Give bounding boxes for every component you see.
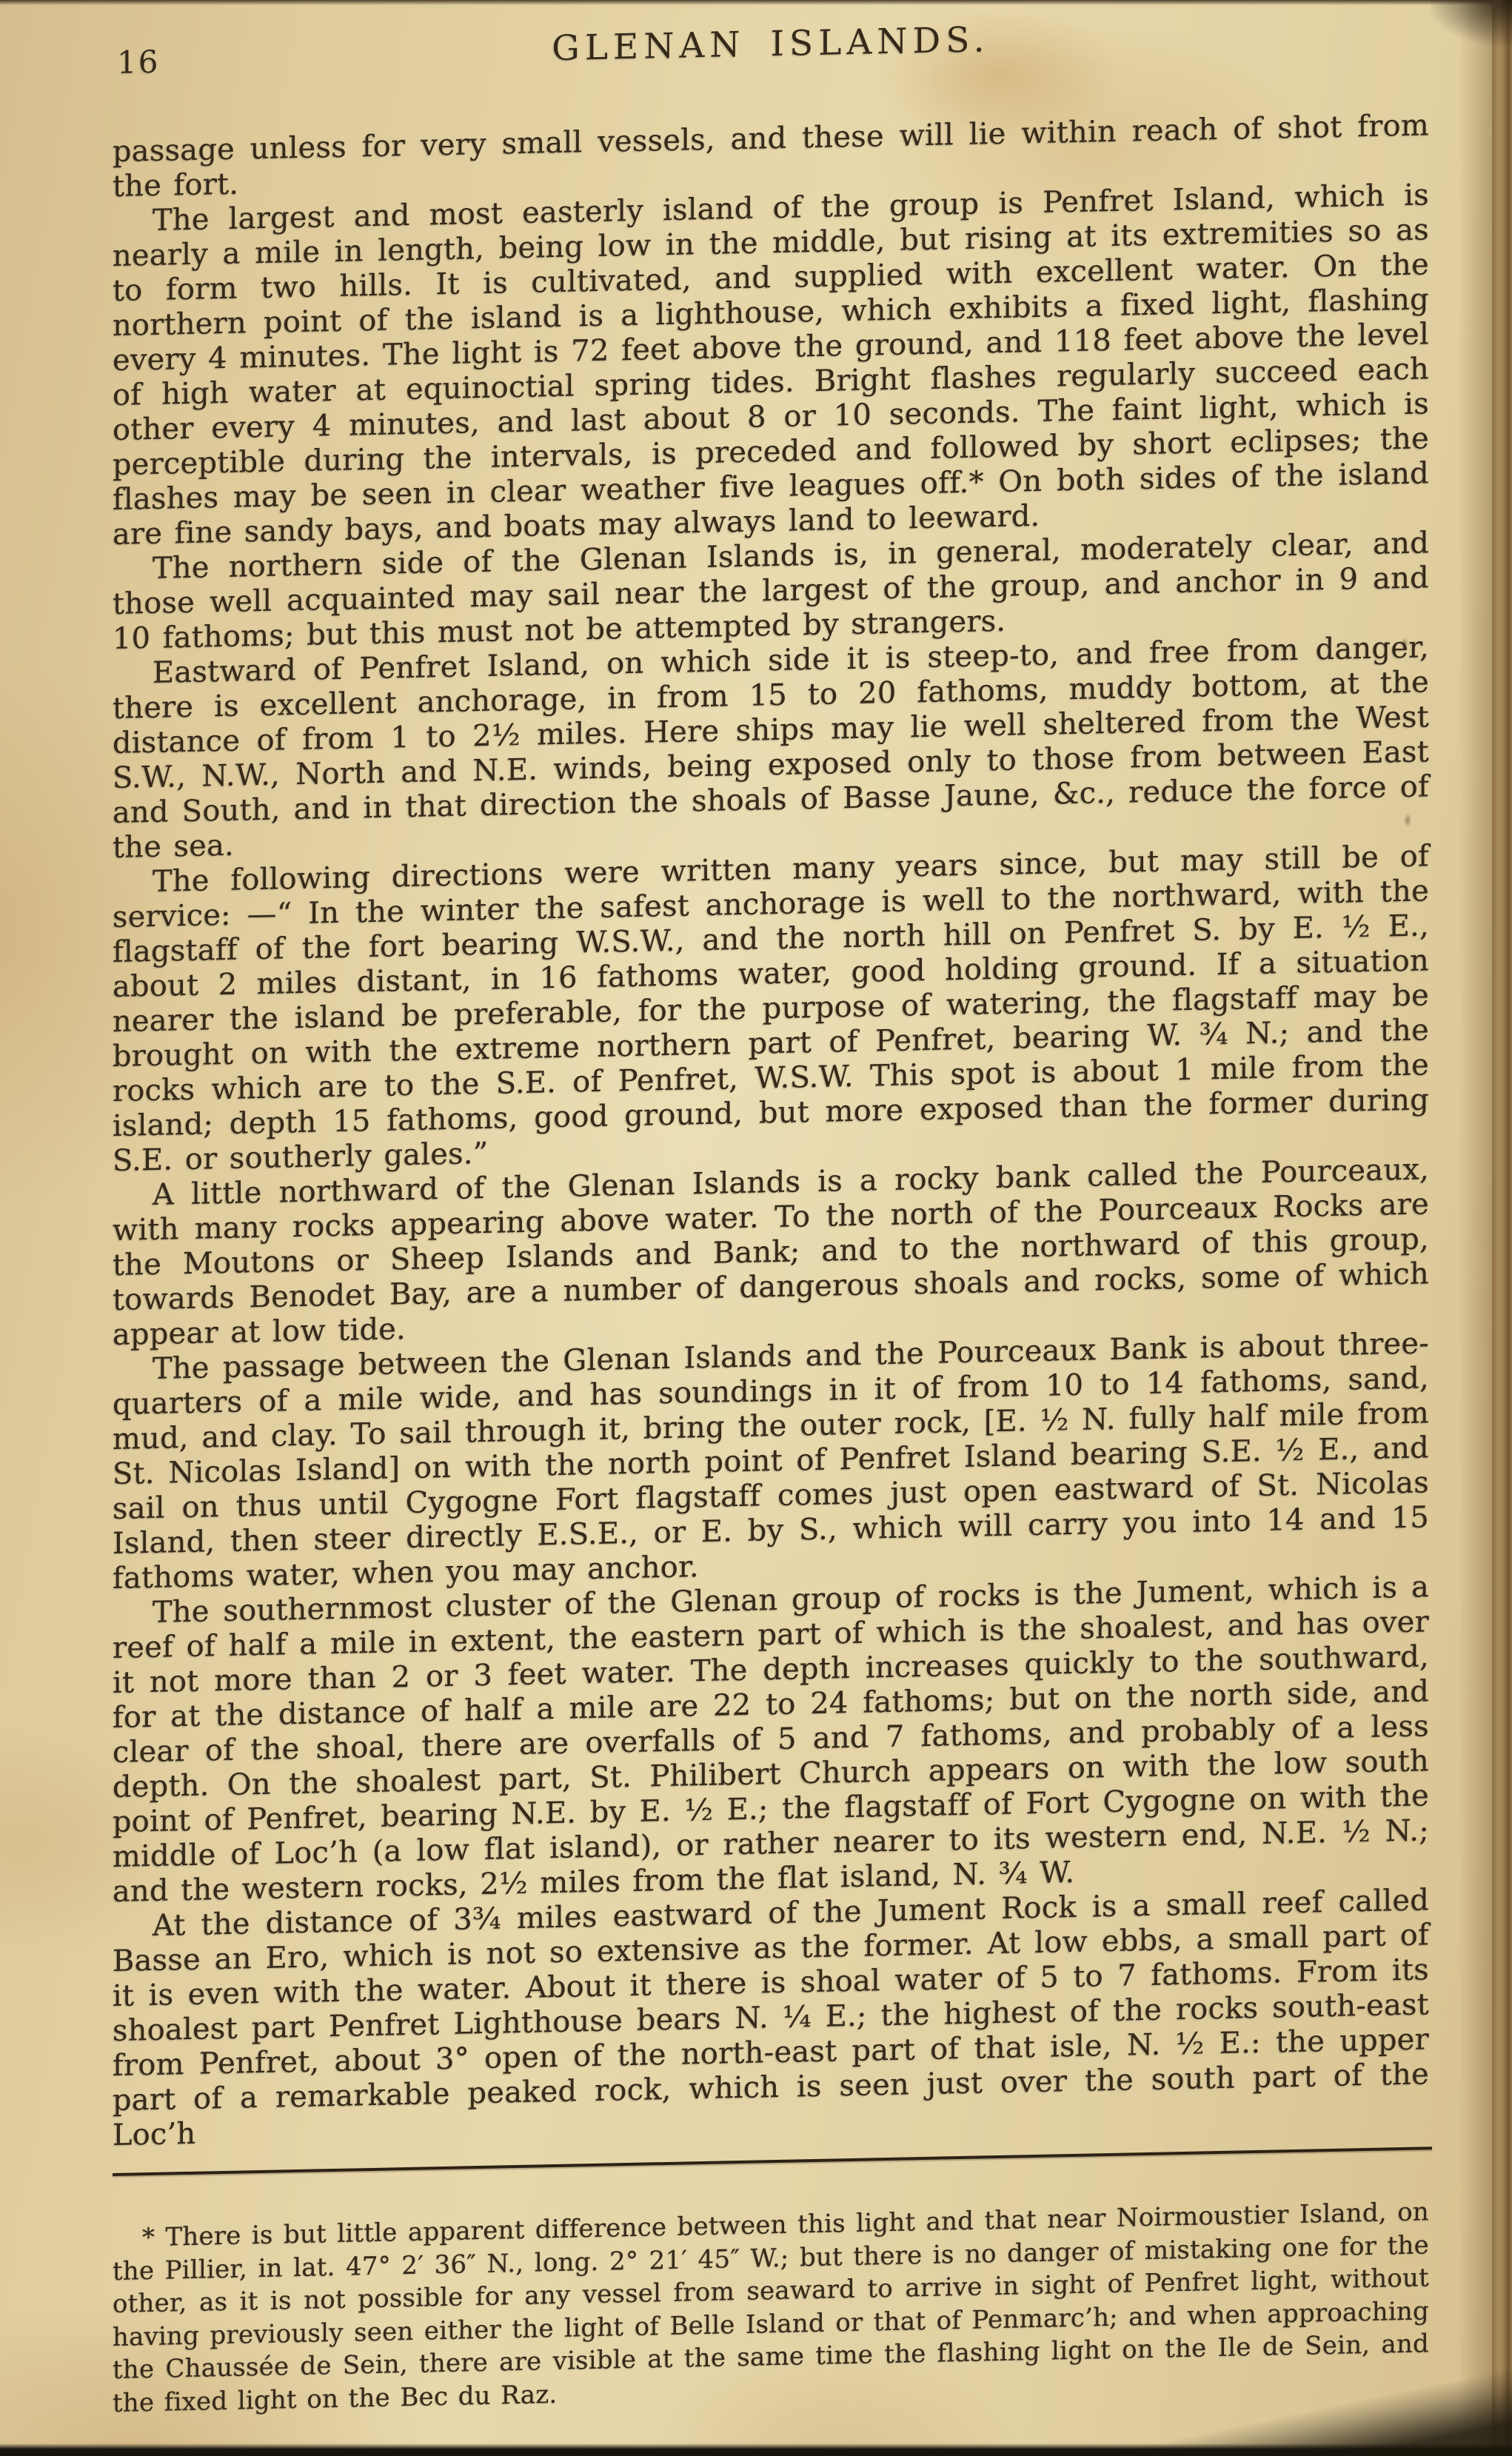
scan-bottom-right-corner xyxy=(1097,2360,1512,2456)
page-content: 16 GLENAN ISLANDS. passage unless for ve… xyxy=(113,10,1429,2420)
book-page-scan: 16 GLENAN ISLANDS. passage unless for ve… xyxy=(0,0,1512,2456)
paragraph: The southernmost cluster of the Glenan g… xyxy=(113,1570,1429,1910)
book-page-edge-right xyxy=(1492,0,1512,2456)
scan-top-edge xyxy=(0,0,1512,5)
page-number: 16 xyxy=(117,44,159,81)
running-head: 16 GLENAN ISLANDS. xyxy=(113,10,1429,86)
paragraph: The following directions were written ma… xyxy=(113,839,1429,1179)
paragraph: The largest and most easterly island of … xyxy=(113,178,1429,552)
footnote-separator-rule xyxy=(113,2147,1432,2176)
paragraph: The passage between the Glenan Islands a… xyxy=(113,1326,1429,1596)
page-edge-shadow xyxy=(1459,0,1493,2456)
running-header-title: GLENAN ISLANDS. xyxy=(113,10,1429,78)
scan-top-right-corner xyxy=(1431,0,1512,46)
paragraph: Eastward of Penfret Island, on which sid… xyxy=(113,630,1429,866)
paragraph: At the distance of 3¾ miles eastward of … xyxy=(113,1883,1429,2153)
paragraph: A little northward of the Glenan Islands… xyxy=(113,1152,1429,1353)
